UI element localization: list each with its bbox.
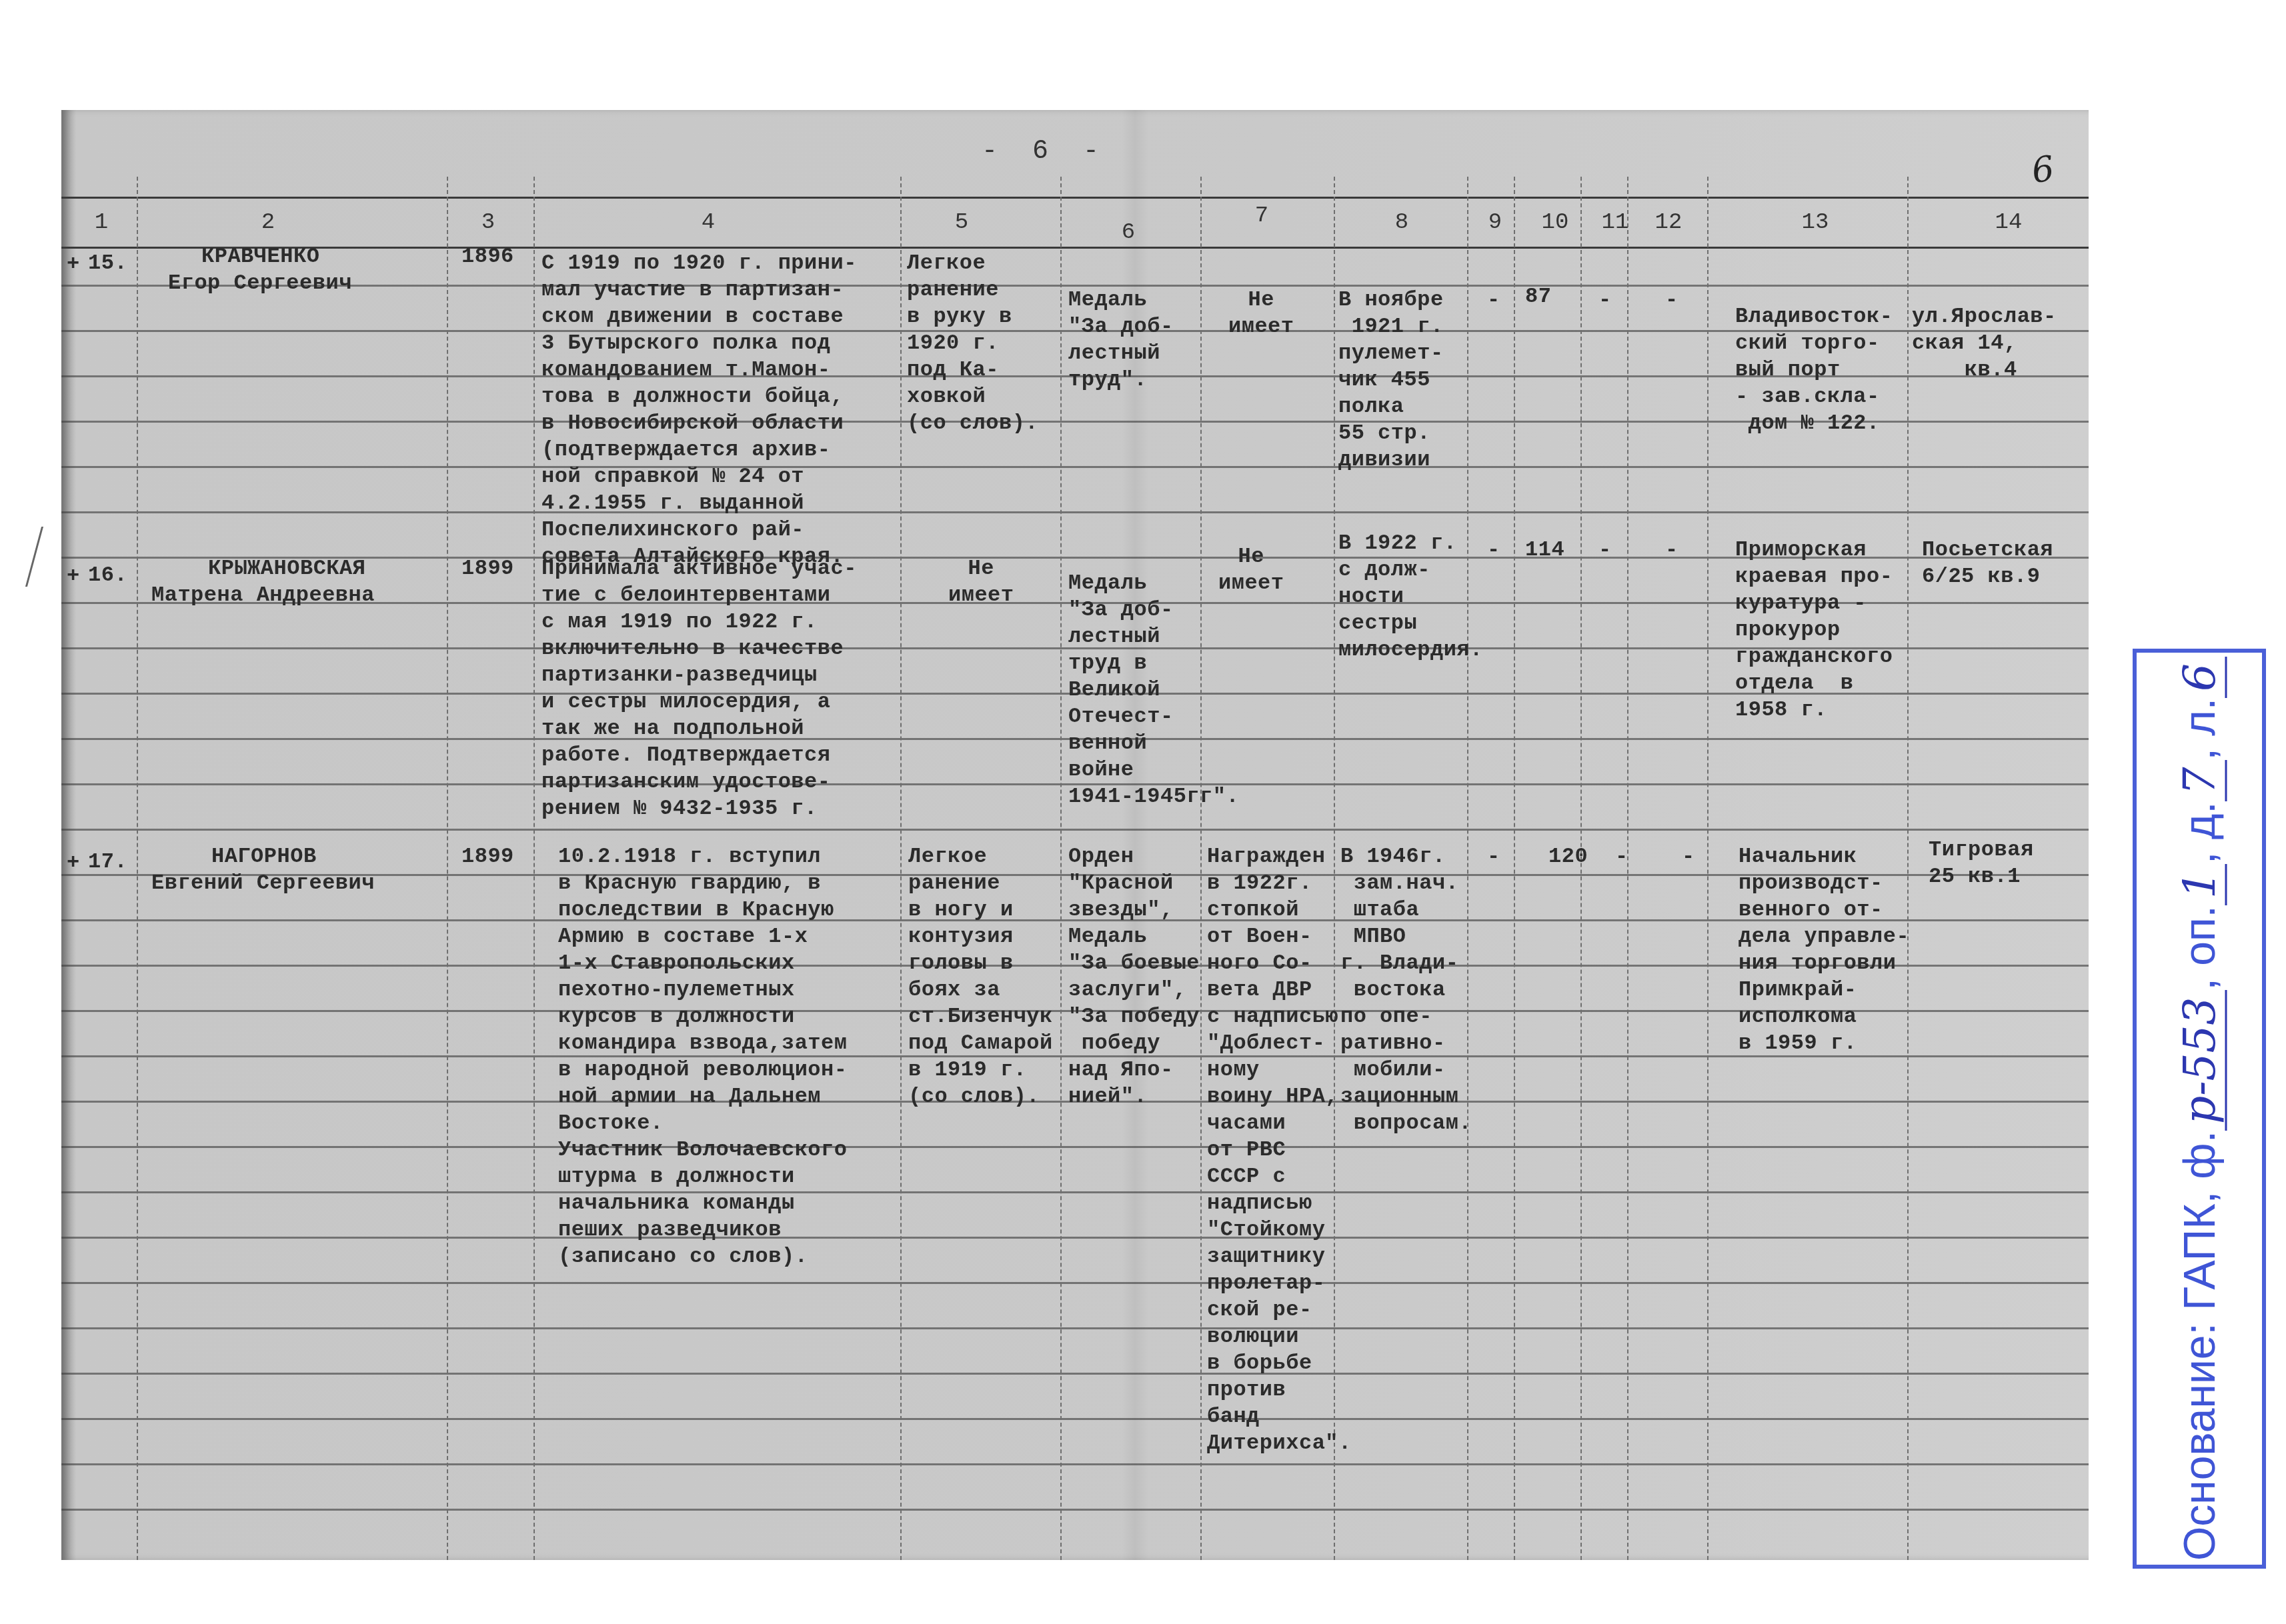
rule-line [61,1463,2089,1465]
column-divider [1200,177,1202,1560]
column-number: 2 [235,210,301,235]
rule-line [61,1327,2089,1329]
given-name: Евгений Сергеевич [151,870,375,897]
stamp-d-label: , д. [2175,802,2224,865]
column-divider [137,177,138,1560]
row-mark: + [67,563,79,588]
col12-value: - [1665,537,1678,563]
archive-stamp: Основание: ГАПК, ф.р-553, оп.1, д.7, л.6 [2133,649,2266,1569]
col14-value: Тигровая 25 кв.1 [1929,837,2034,890]
service-description: 10.2.1918 г. вступил в Красную гвардию, … [558,843,847,1270]
col12-value: - [1665,287,1678,313]
column-divider [900,177,902,1560]
rule-line [61,466,2089,468]
surname: КРАВЧЕНКО [201,243,319,270]
column-divider [533,177,535,1560]
rule-line [61,1418,2089,1420]
awards: Орден "Красной звезды", Медаль "За боевы… [1068,843,1200,1110]
surname: НАГОРНОВ [211,843,317,870]
awards: Медаль "За доб- лестный труд в Великой О… [1068,570,1239,810]
rule-line [61,1146,2089,1148]
col9-value: - [1487,537,1500,563]
stamp-op-label: , оп. [2175,905,2224,990]
column-divider [447,177,448,1560]
column-divider [1707,177,1708,1560]
rule-line [61,1191,2089,1193]
rule-line [61,1282,2089,1284]
col10-value: 120 [1548,843,1588,870]
rule-line [61,1373,2089,1375]
stamp-op: 1 [2174,864,2227,905]
column-number: 13 [1789,210,1842,235]
service-description: Принимала активное учас- тие с белоинтер… [541,555,857,822]
column-number: 9 [1475,210,1515,235]
row-number: 17. [88,849,127,875]
page-number: - 6 - [982,137,1108,167]
rule-line [61,511,2089,513]
column-number: 7 [1235,203,1288,229]
column-number: 12 [1648,210,1688,235]
column-number: 3 [461,210,515,235]
stamp-l-label: , л. [2175,698,2224,761]
column-divider [1514,177,1515,1560]
wounds: Легкое ранение в руку в 1920 г. под Ка- … [907,250,1038,437]
column-number: 6 [1102,220,1155,245]
birth-year: 1896 [461,243,514,270]
row-number: 15. [88,250,127,277]
col10-value: 114 [1525,537,1564,563]
rule-line [61,197,2089,199]
col8-value: В ноябре 1921 г. пулемет- чик 455 полка … [1338,287,1444,473]
wounds: Не имеет [948,555,1014,609]
column-number: 11 [1595,210,1635,235]
stamp-text: Основание: ГАПК, ф.р-553, оп.1, д.7, л.6 [2174,655,2225,1562]
rule-line [61,829,2089,831]
col11-value: - [1598,287,1612,313]
col11-value: - [1615,843,1628,870]
col10-value: 87 [1525,283,1551,310]
col13-value: Начальник производст- венного от- дела у… [1739,843,1909,1057]
row-mark: + [67,251,79,276]
col13-value: Приморская краевая про- куратура - проку… [1735,537,1893,723]
col14-value: Посьетская 6/25 кв.9 [1922,537,2053,590]
service-description: С 1919 по 1920 г. прини- мал участие в п… [541,250,857,570]
col13-value: Владивосток- ский торго- вый порт - зав.… [1735,303,1893,437]
row-mark: + [67,850,79,875]
col9-value: - [1487,287,1500,313]
col8-value: В 1946г. зам.нач. штаба МПВО г. Влади- в… [1340,843,1472,1137]
column-number: 10 [1535,210,1575,235]
given-name: Матрена Андреевна [151,582,375,609]
rule-line [61,1509,2089,1511]
stamp-prefix: Основание: ГАПК, ф. [2175,1131,2224,1561]
col7-value: Не имеет [1228,287,1294,340]
row-number: 16. [88,562,127,589]
archival-page: - 6 - 6 1 2 3 4 5 6 7 8 9 10 11 1 [61,110,2089,1560]
handwritten-sheet-number: 6 [2029,149,2057,191]
col8-value: В 1922 г. с долж- ности сестры милосерди… [1338,530,1483,663]
col7-value: Не имеет [1218,543,1284,597]
birth-year: 1899 [461,843,514,870]
birth-year: 1899 [461,555,514,582]
column-number: 4 [682,210,735,235]
rule-line [61,1237,2089,1239]
wounds: Легкое ранение в ногу и контузия головы … [908,843,1053,1110]
col14-value: ул.Ярослав- ская 14, кв.4 [1912,303,2057,383]
column-number: 14 [1982,210,2035,235]
column-number: 8 [1375,210,1428,235]
column-divider [1060,177,1062,1560]
col7-value: Награжден в 1922г. стопкой от Воен- ного… [1207,843,1352,1457]
column-number: 5 [935,210,988,235]
surname: КРЫЖАНОВСКАЯ [208,555,365,582]
stamp-fond: р-553 [2174,991,2227,1131]
stamp-l: 6 [2174,657,2227,698]
col9-value: - [1487,843,1500,870]
column-number: 1 [88,210,115,235]
col12-value: - [1682,843,1695,870]
checkmark-icon [5,527,43,587]
given-name: Егор Сергеевич [168,270,352,297]
rule-line [61,247,2089,249]
stamp-d: 7 [2174,761,2227,802]
col11-value: - [1598,537,1612,563]
awards: Медаль "За доб- лестный труд". [1068,287,1174,393]
